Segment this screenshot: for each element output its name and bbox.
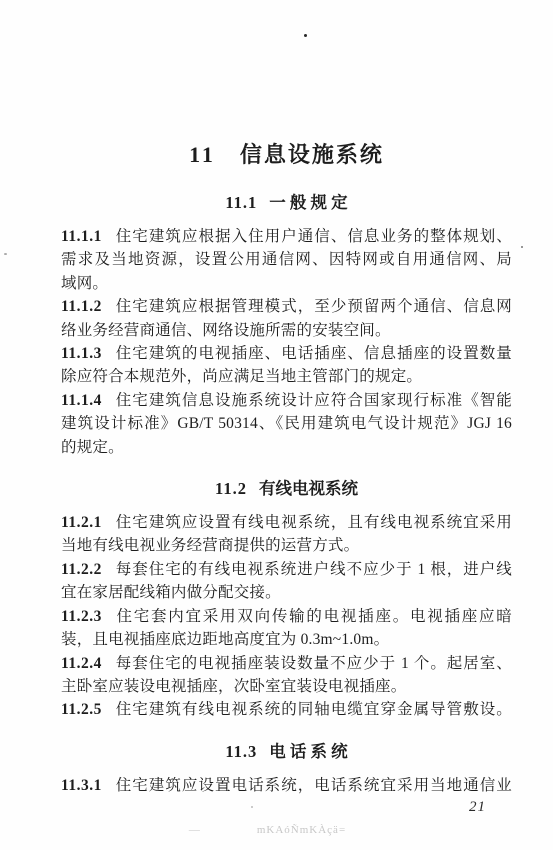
clause-line: 络业务经营商通信、网络设施所需的安装空间。	[61, 319, 512, 342]
section: 11.1一 般 规 定11.1.1住宅建筑应根据入住用户通信、信息业务的整体规划…	[61, 194, 512, 459]
clause-text: 每套住宅的电视插座装设数量不应少于 1 个。起居室、	[115, 655, 512, 672]
clause-number: 11.1.2	[61, 298, 102, 315]
section-title: 有线电视系统	[259, 479, 358, 498]
clause-text: 的规定。	[61, 439, 124, 456]
chapter-number: 11	[189, 142, 216, 167]
clause-line: 11.1.2住宅建筑应根据管理模式，至少预留两个通信、信息网	[61, 295, 512, 318]
clause-text: 络业务经营商通信、网络设施所需的安装空间。	[61, 322, 391, 339]
clause-line: 除应符合本规范外，尚应满足当地主管部门的规定。	[61, 365, 512, 388]
clause-text: 装，且电视插座底边距地高度宜为 0.3m~1.0m。	[61, 631, 389, 648]
clause-line: 需求及当地资源，设置公用通信网、因特网或自用通信网、局	[61, 248, 512, 271]
clause-text: 住宅建筑有线电视系统的同轴电缆宜穿金属导管敷设。	[115, 701, 512, 718]
clause: 11.1.3住宅建筑的电视插座、电话插座、信息插座的设置数量除应符合本规范外，尚…	[61, 342, 512, 389]
clause-line: 11.2.5住宅建筑有线电视系统的同轴电缆宜穿金属导管敷设。	[61, 698, 512, 721]
clause-line: 11.1.3住宅建筑的电视插座、电话插座、信息插座的设置数量	[61, 342, 512, 365]
page-number: 21	[469, 799, 486, 816]
document-body: 11.1一 般 规 定11.1.1住宅建筑应根据入住用户通信、信息业务的整体规划…	[61, 194, 512, 797]
clause-text: 住宅建筑应设置电话系统，电话系统宜采用当地通信业	[115, 777, 512, 794]
section-heading: 11.3电 话 系 统	[61, 743, 512, 761]
clause-text: 每套住宅的有线电视系统进户线不应少于 1 根，进户线	[115, 561, 512, 578]
clause-number: 11.1.1	[61, 228, 102, 245]
page-content: 11信息设施系统 11.1一 般 规 定11.1.1住宅建筑应根据入住用户通信、…	[61, 0, 512, 797]
watermark: — mKAóÑmKÀçä=	[0, 824, 553, 836]
clause-line: 主卧室应装设电视插座，次卧室宜装设电视插座。	[61, 675, 512, 698]
section-title: 电 话 系 统	[269, 742, 347, 761]
clause: 11.1.2住宅建筑应根据管理模式，至少预留两个通信、信息网络业务经营商通信、网…	[61, 295, 512, 342]
clause-line: 宜在家居配线箱内做分配交接。	[61, 581, 512, 604]
section-heading: 11.2有线电视系统	[61, 480, 512, 498]
clause: 11.1.1住宅建筑应根据入住用户通信、信息业务的整体规划、需求及当地资源，设置…	[61, 225, 512, 295]
scan-speck	[304, 34, 307, 37]
clause-line: 的规定。	[61, 436, 512, 459]
clause-text: 住宅建筑应根据入住用户通信、信息业务的整体规划、	[115, 228, 512, 245]
clause: 11.1.4住宅建筑信息设施系统设计应符合国家现行标准《智能建筑设计标准》GB/…	[61, 389, 512, 459]
clause-text: 住宅建筑的电视插座、电话插座、信息插座的设置数量	[115, 345, 512, 362]
clause-line: 当地有线电视业务经营商提供的运营方式。	[61, 534, 512, 557]
clause-text: 住宅建筑信息设施系统设计应符合国家现行标准《智能	[115, 392, 512, 409]
clause: 11.2.3住宅套内宜采用双向传输的电视插座。电视插座应暗装，且电视插座底边距地…	[61, 605, 512, 652]
clause-line: 11.2.2每套住宅的有线电视系统进户线不应少于 1 根，进户线	[61, 558, 512, 581]
clause-line: 11.2.4每套住宅的电视插座装设数量不应少于 1 个。起居室、	[61, 652, 512, 675]
clause-line: 装，且电视插座底边距地高度宜为 0.3m~1.0m。	[61, 628, 512, 651]
clause-number: 11.1.3	[61, 345, 102, 362]
clause: 11.2.2每套住宅的有线电视系统进户线不应少于 1 根，进户线宜在家居配线箱内…	[61, 558, 512, 605]
clause-text: 当地有线电视业务经营商提供的运营方式。	[61, 537, 359, 554]
section-number: 11.3	[225, 742, 257, 761]
watermark-dash: —	[189, 824, 201, 836]
clause-text: 域网。	[61, 275, 108, 292]
clause: 11.3.1住宅建筑应设置电话系统，电话系统宜采用当地通信业	[61, 774, 512, 797]
clause-number: 11.2.2	[61, 561, 102, 578]
clause: 11.2.5住宅建筑有线电视系统的同轴电缆宜穿金属导管敷设。	[61, 698, 512, 721]
scan-speck	[251, 806, 253, 808]
section-number: 11.1	[225, 193, 257, 212]
clause-text: 宜在家居配线箱内做分配交接。	[61, 584, 281, 601]
clause: 11.2.1住宅建筑应设置有线电视系统，且有线电视系统宜采用当地有线电视业务经营…	[61, 511, 512, 558]
watermark-text: mKAóÑmKÀçä=	[257, 824, 346, 836]
clause-number: 11.2.5	[61, 701, 102, 718]
clause-line: 建筑设计标准》GB/T 50314、《民用建筑电气设计规范》JGJ 16	[61, 412, 512, 435]
clause-line: 11.3.1住宅建筑应设置电话系统，电话系统宜采用当地通信业	[61, 774, 512, 797]
section: 11.3电 话 系 统11.3.1住宅建筑应设置电话系统，电话系统宜采用当地通信…	[61, 743, 512, 797]
section-number: 11.2	[215, 479, 247, 498]
clause-line: 11.2.1住宅建筑应设置有线电视系统，且有线电视系统宜采用	[61, 511, 512, 534]
scan-speck	[521, 246, 523, 248]
clause-text: 主卧室应装设电视插座，次卧室宜装设电视插座。	[61, 678, 406, 695]
clause-line: 11.1.4住宅建筑信息设施系统设计应符合国家现行标准《智能	[61, 389, 512, 412]
clause-text: 建筑设计标准》GB/T 50314、《民用建筑电气设计规范》JGJ 16	[61, 415, 512, 432]
scan-speck	[4, 253, 7, 255]
clause-text: 住宅建筑应根据管理模式，至少预留两个通信、信息网	[115, 298, 512, 315]
clause-number: 11.2.4	[61, 655, 102, 672]
clause-text: 需求及当地资源，设置公用通信网、因特网或自用通信网、局	[61, 251, 512, 268]
chapter-title-text: 信息设施系统	[240, 142, 384, 167]
clause-number: 11.2.1	[61, 514, 102, 531]
clause-line: 11.2.3住宅套内宜采用双向传输的电视插座。电视插座应暗	[61, 605, 512, 628]
clause-text: 除应符合本规范外，尚应满足当地主管部门的规定。	[61, 368, 422, 385]
scanned-document-page: 11信息设施系统 11.1一 般 规 定11.1.1住宅建筑应根据入住用户通信、…	[0, 0, 553, 850]
section-heading: 11.1一 般 规 定	[61, 194, 512, 212]
clause: 11.2.4每套住宅的电视插座装设数量不应少于 1 个。起居室、主卧室应装设电视…	[61, 652, 512, 699]
section-title: 一 般 规 定	[269, 193, 347, 212]
clause-line: 域网。	[61, 272, 512, 295]
clause-text: 住宅建筑应设置有线电视系统，且有线电视系统宜采用	[115, 514, 512, 531]
clause-text: 住宅套内宜采用双向传输的电视插座。电视插座应暗	[115, 608, 512, 625]
clause-number: 11.1.4	[61, 392, 102, 409]
section: 11.2有线电视系统11.2.1住宅建筑应设置有线电视系统，且有线电视系统宜采用…	[61, 480, 512, 722]
clause-number: 11.3.1	[61, 777, 102, 794]
clause-line: 11.1.1住宅建筑应根据入住用户通信、信息业务的整体规划、	[61, 225, 512, 248]
clause-number: 11.2.3	[61, 608, 102, 625]
chapter-title: 11信息设施系统	[61, 142, 512, 167]
